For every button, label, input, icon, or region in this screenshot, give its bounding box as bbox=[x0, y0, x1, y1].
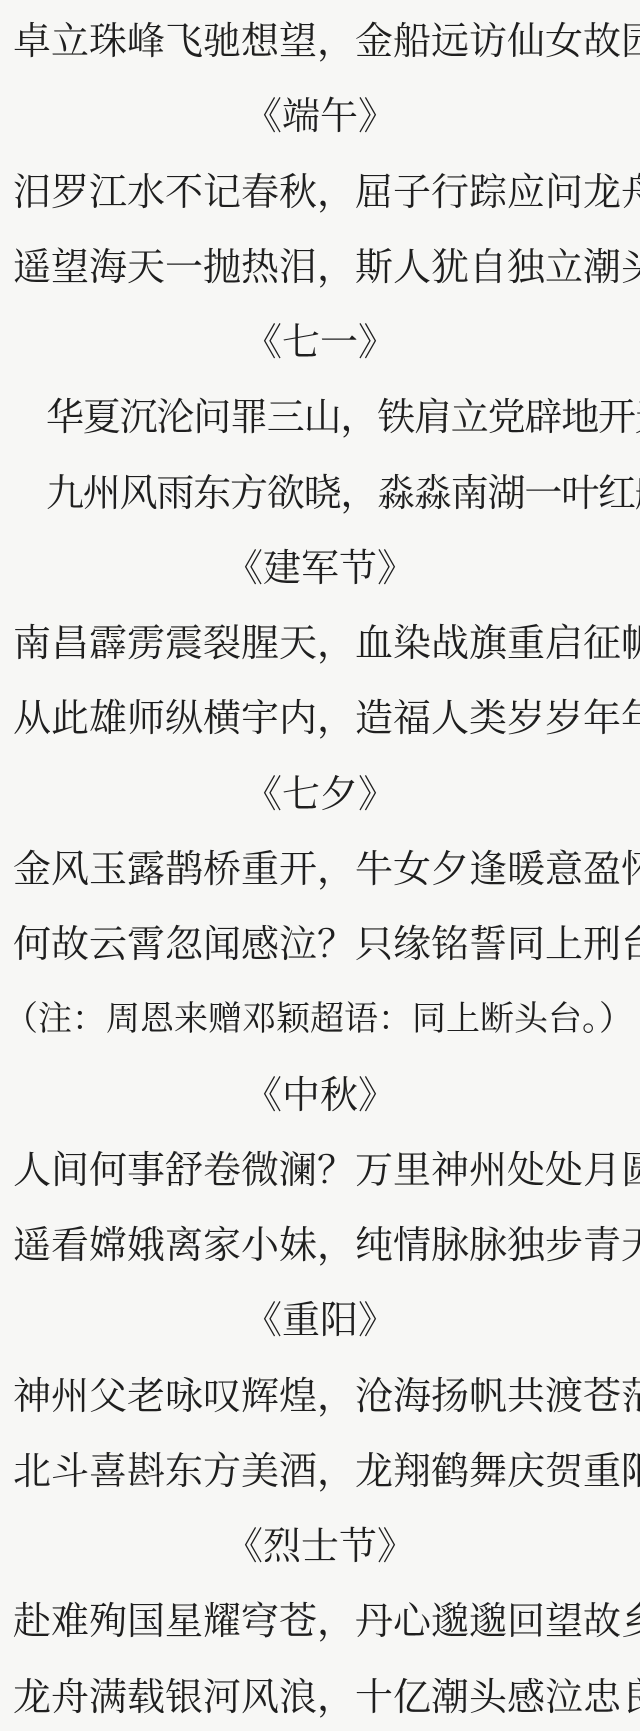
poem-verse-line: 北斗喜斟东方美酒，龙翔鹤舞庆贺重阳。 bbox=[0, 1430, 640, 1505]
poem-verse-line: 龙舟满载银河风浪，十亿潮头感泣忠良。 bbox=[0, 1656, 640, 1731]
poetry-page: 卓立珠峰飞驰想望，金船远访仙女故园。《端午》汨罗江水不记春秋，屈子行踪应问龙舟。… bbox=[0, 0, 640, 1731]
poem-verse-line: 九州风雨东方欲晓，淼淼南湖一叶红船。 bbox=[0, 452, 640, 527]
poem-title: 《建军节》 bbox=[0, 527, 640, 602]
poem-title: 《七夕》 bbox=[0, 753, 640, 828]
poem-verse-line: 神州父老咏叹辉煌，沧海扬帆共渡苍茫。 bbox=[0, 1355, 640, 1430]
poem-title: 《七一》 bbox=[0, 301, 640, 376]
poem-verse-line: 卓立珠峰飞驰想望，金船远访仙女故园。 bbox=[0, 0, 640, 75]
poem-verse-line: 遥望海天一抛热泪，斯人犹自独立潮头。 bbox=[0, 226, 640, 301]
poem-verse-line: 南昌霹雳震裂腥天，血染战旗重启征帆。 bbox=[0, 602, 640, 677]
poem-verse-line: 从此雄师纵横宇内，造福人类岁岁年年。 bbox=[0, 677, 640, 752]
poem-title: 《重阳》 bbox=[0, 1279, 640, 1354]
poem-verse-line: 汨罗江水不记春秋，屈子行踪应问龙舟。 bbox=[0, 151, 640, 226]
poem-title: 《中秋》 bbox=[0, 1054, 640, 1129]
poem-verse-line: 人间何事舒卷微澜？万里神州处处月圆。 bbox=[0, 1129, 640, 1204]
poem-note: （注：周恩来赠邓颖超语：同上断头台。） bbox=[0, 978, 640, 1053]
poem-verse-line: 何故云霄忽闻感泣？只缘铭誓同上刑台。 bbox=[0, 903, 640, 978]
poem-verse-line: 赴难殉国星耀穹苍，丹心邈邈回望故乡。 bbox=[0, 1580, 640, 1655]
poem-verse-line: 遥看嫦娥离家小妹，纯情脉脉独步青天。 bbox=[0, 1204, 640, 1279]
poem-title: 《烈士节》 bbox=[0, 1505, 640, 1580]
poem-title: 《端午》 bbox=[0, 75, 640, 150]
poem-document: 卓立珠峰飞驰想望，金船远访仙女故园。《端午》汨罗江水不记春秋，屈子行踪应问龙舟。… bbox=[0, 0, 640, 1731]
poem-verse-line: 金风玉露鹊桥重开，牛女夕逢暖意盈怀。 bbox=[0, 828, 640, 903]
poem-verse-line: 华夏沉沦问罪三山，铁肩立党辟地开天。 bbox=[0, 376, 640, 451]
